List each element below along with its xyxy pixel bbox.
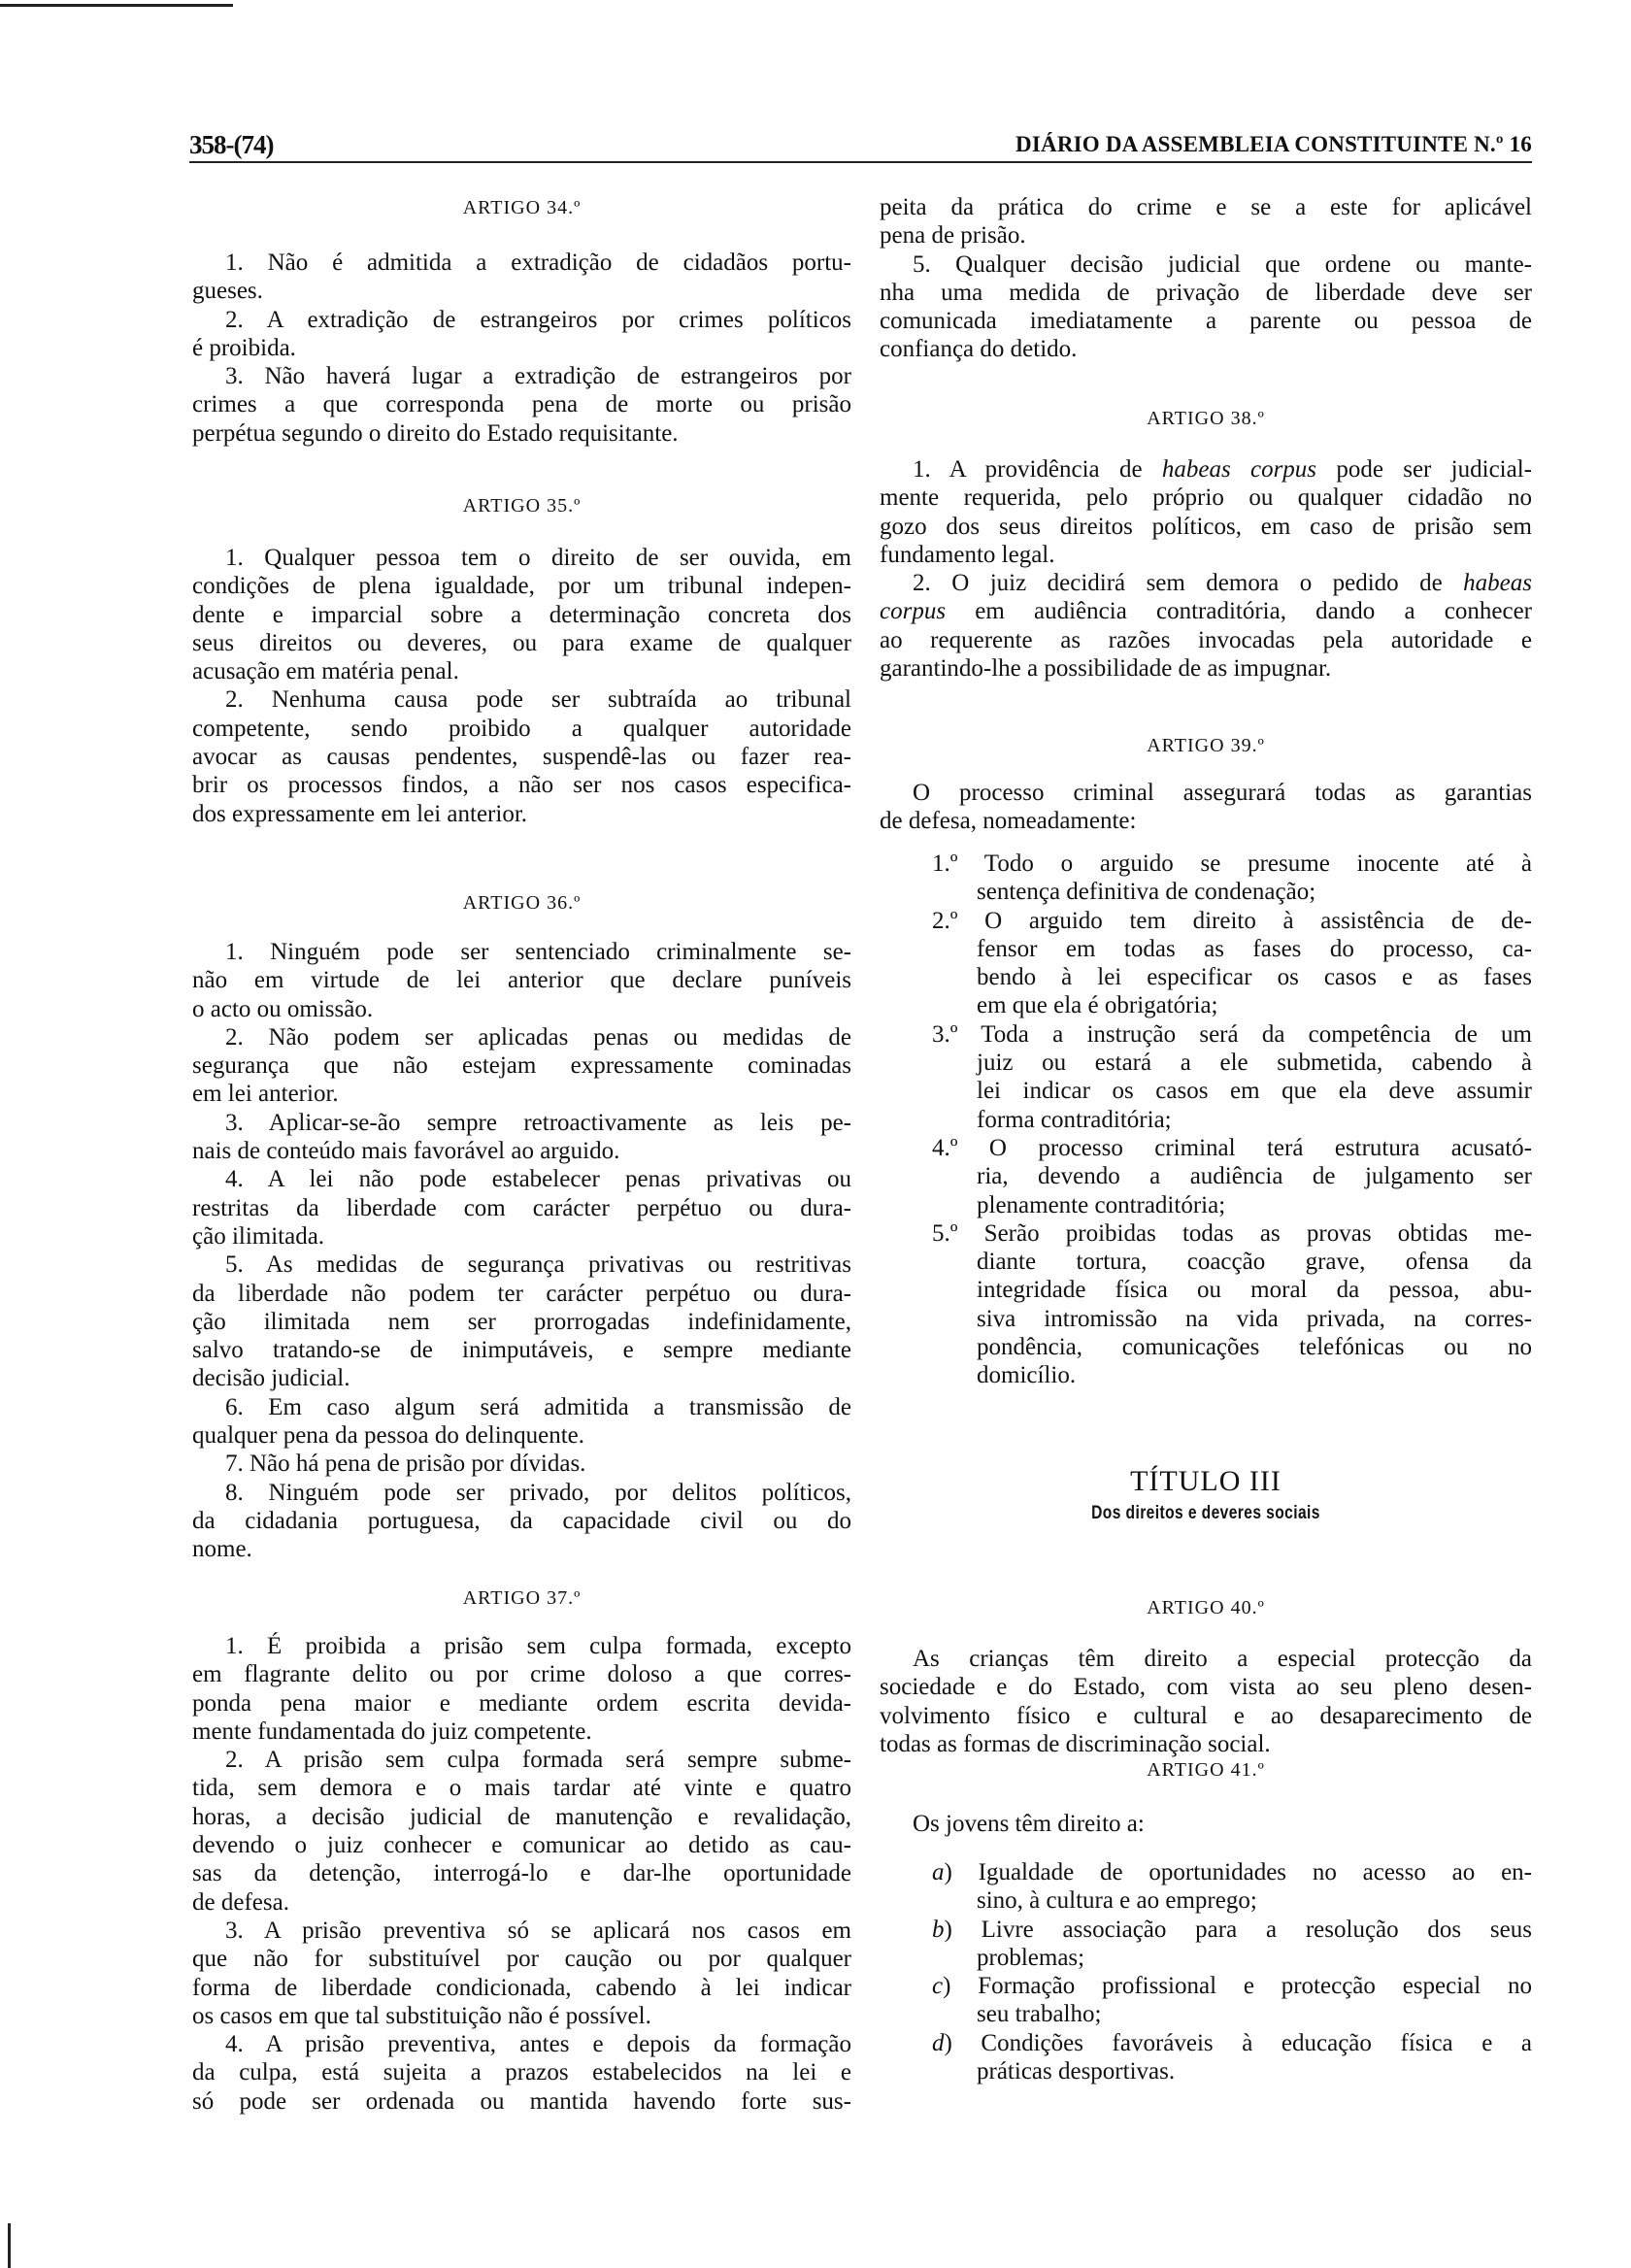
text-line: avocar as causas pendentes, suspendê-las… [192,743,851,771]
text-line: ção ilimitada. [192,1222,851,1251]
text-line: 1.º Todo o arguido se presume inocente a… [880,850,1532,878]
text-line: plenamente contraditória; [880,1191,1532,1219]
text-line: tida, sem demora e o mais tardar até vin… [192,1774,851,1802]
text-line: ria, devendo a audiência de julgamento s… [880,1162,1532,1190]
text-line: bendo à lei especificar os casos e as fa… [880,963,1532,991]
text-line: todas as formas de discriminação social. [880,1730,1532,1758]
text-line: brir os processos findos, a não ser nos … [192,771,851,799]
text-line: crimes a que corresponda pena de morte o… [192,390,851,418]
text-line: forma contraditória; [880,1106,1532,1134]
text-line: o acto ou omissão. [192,995,851,1023]
publication-title: DIÁRIO DA ASSEMBLEIA CONSTITUINTE N.º 16 [1015,132,1532,157]
article-34-body: 1. Não é admitida a extradição de cidadã… [192,249,851,448]
text-line: peita da prática do crime e se a este fo… [880,193,1532,221]
text-line: que não for substituível por caução ou p… [192,1945,851,1973]
text-line: a) Igualdade de oportunidades no acesso … [880,1858,1532,1886]
text-line: 1. Ninguém pode ser sentenciado criminal… [192,938,851,966]
text-line: 4.º O processo criminal terá estrutura a… [880,1134,1532,1162]
text-line: corpus em audiência contraditória, dando… [880,597,1532,625]
text-line: d) Condições favoráveis à educação físic… [880,2029,1532,2057]
text-line: em que ela é obrigatória; [880,991,1532,1019]
text-line: juiz ou estará a ele submetida, cabendo … [880,1049,1532,1077]
text-line: lei indicar os casos em que ela deve ass… [880,1077,1532,1105]
article-38-heading: ARTIGO 38.º [880,408,1532,430]
text-line: da culpa, está sujeita a prazos estabele… [192,2058,851,2086]
text-line: Os jovens têm direito a: [880,1810,1532,1838]
article-39-heading: ARTIGO 39.º [880,735,1532,757]
text-line: seu trabalho; [880,2000,1532,2028]
text-line: em flagrante delito ou por crime doloso … [192,1660,851,1688]
text-line: 2. Não podem ser aplicadas penas ou medi… [192,1023,851,1051]
text-line: domicílio. [880,1361,1532,1389]
text-line: 2. A prisão sem culpa formada será sempr… [192,1746,851,1774]
text-line: da liberdade não podem ter carácter perp… [192,1280,851,1308]
text-line: 1. Qualquer pessoa tem o direito de ser … [192,544,851,572]
article-35-heading: ARTIGO 35.º [192,495,851,517]
text-line: 2. A extradição de estrangeiros por crim… [192,306,851,334]
text-line: decisão judicial. [192,1364,851,1392]
text-line: acusação em matéria penal. [192,657,851,685]
article-39-intro: O processo criminal assegurará todas as … [880,779,1532,836]
text-line: 2. O juiz decidirá sem demora o pedido d… [880,569,1532,597]
text-line: dos expressamente em lei anterior. [192,800,851,828]
scan-edge-mark [8,2223,11,2268]
text-line: restritas da liberdade com carácter perp… [192,1194,851,1222]
text-line: ção ilimitada nem ser prorrogadas indefi… [192,1308,851,1336]
text-line: é proibida. [192,334,851,362]
article-37-continuation: peita da prática do crime e se a este fo… [880,193,1532,364]
text-line: c) Formação profissional e protecção esp… [880,1972,1532,2000]
text-line: nais de conteúdo mais favorável ao argui… [192,1137,851,1165]
text-line: 5. As medidas de segurança privativas ou… [192,1251,851,1279]
text-line: gozo dos seus direitos políticos, em cas… [880,513,1532,541]
text-line: mente fundamentada do juiz competente. [192,1718,851,1746]
text-line: segurança que não estejam expressamente … [192,1051,851,1080]
text-line: forma de liberdade condicionada, cabendo… [192,1974,851,2002]
article-36-heading: ARTIGO 36.º [192,892,851,915]
text-line: 1. É proibida a prisão sem culpa formada… [192,1632,851,1660]
text-line: ao requerente as razões invocadas pela a… [880,626,1532,654]
article-37-body: 1. É proibida a prisão sem culpa formada… [192,1632,851,2116]
page-number: 358-(74) [189,130,273,160]
text-line: 6. Em caso algum será admitida a transmi… [192,1393,851,1421]
text-line: horas, a decisão judicial de manutenção … [192,1803,851,1831]
article-41-intro: Os jovens têm direito a: [880,1810,1532,1838]
text-line: condições de plena igualdade, por um tri… [192,572,851,600]
text-line: 3.º Toda a instrução será da competência… [880,1020,1532,1049]
text-line: 4. A lei não pode estabelecer penas priv… [192,1165,851,1193]
text-line: 5. Qualquer decisão judicial que ordene … [880,250,1532,279]
text-line: da cidadania portuguesa, da capacidade c… [192,1507,851,1535]
article-34-heading: ARTIGO 34.º [192,197,851,219]
text-line: fundamento legal. [880,541,1532,569]
text-line: 3. A prisão preventiva só se aplicará no… [192,1917,851,1945]
text-line: confiança do detido. [880,335,1532,363]
text-line: mente requerida, pelo próprio ou qualque… [880,484,1532,512]
text-line: pondência, comunicações telefónicas ou n… [880,1333,1532,1361]
text-line: sas da detenção, interrogá-lo e dar-lhe … [192,1859,851,1887]
text-line: ponda pena maior e mediante ordem escrit… [192,1689,851,1718]
text-line: salvo tratando-se de inimputáveis, e sem… [192,1336,851,1364]
text-line: 8. Ninguém pode ser privado, por delitos… [192,1479,851,1507]
text-line: volvimento físico e cultural e ao desapa… [880,1702,1532,1730]
text-line: 2. Nenhuma causa pode ser subtraída ao t… [192,685,851,714]
text-line: de defesa. [192,1888,851,1917]
text-line: sino, à cultura e ao emprego; [880,1886,1532,1915]
text-line: só pode ser ordenada ou mantida havendo … [192,2087,851,2116]
text-line: integridade física ou moral da pessoa, a… [880,1276,1532,1304]
text-line: problemas; [880,1944,1532,1972]
title-section-heading: TÍTULO III [880,1465,1532,1498]
article-40-heading: ARTIGO 40.º [880,1597,1532,1619]
text-line: em lei anterior. [192,1080,851,1108]
text-line: sentença definitiva de condenação; [880,878,1532,906]
article-41-items: a) Igualdade de oportunidades no acesso … [880,1858,1532,2085]
text-line: competente, sendo proibido a qualquer au… [192,715,851,743]
text-line: os casos em que tal substituição não é p… [192,2002,851,2030]
text-line: 1. A providência de habeas corpus pode s… [880,455,1532,484]
text-line: 7. Não há pena de prisão por dívidas. [192,1450,851,1478]
text-line: b) Livre associação para a resolução dos… [880,1916,1532,1944]
text-line: siva intromissão na vida privada, na cor… [880,1305,1532,1333]
article-40-body: As crianças têm direito a especial prote… [880,1645,1532,1758]
text-line: 3. Não haverá lugar a extradição de estr… [192,362,851,390]
text-line: gueses. [192,277,851,305]
text-line: de defesa, nomeadamente: [880,807,1532,835]
article-38-body: 1. A providência de habeas corpus pode s… [880,455,1532,683]
article-36-body: 1. Ninguém pode ser sentenciado criminal… [192,938,851,1564]
text-line: práticas desportivas. [880,2057,1532,2085]
text-line: fensor em todas as fases do processo, ca… [880,935,1532,963]
text-line: nome. [192,1535,851,1563]
text-line: 2.º O arguido tem direito à assistência … [880,907,1532,935]
text-line: pena de prisão. [880,221,1532,250]
text-line: sociedade e do Estado, com vista ao seu … [880,1673,1532,1701]
text-line: não em virtude de lei anterior que decla… [192,966,851,994]
text-line: 5.º Serão proibidas todas as provas obti… [880,1219,1532,1248]
title-section-subheading: Dos direitos e deveres sociais [938,1503,1473,1524]
text-line: devendo o juiz conhecer e comunicar ao d… [192,1831,851,1859]
text-line: seus direitos ou deveres, ou para exame … [192,629,851,657]
text-line: As crianças têm direito a especial prote… [880,1645,1532,1673]
article-41-heading: ARTIGO 41.º [880,1759,1532,1782]
text-line: O processo criminal assegurará todas as … [880,779,1532,807]
text-line: 3. Aplicar-se-ão sempre retroactivamente… [192,1109,851,1137]
text-line: nha uma medida de privação de liberdade … [880,279,1532,307]
text-line: 4. A prisão preventiva, antes e depois d… [192,2030,851,2058]
text-line: comunicada imediatamente a parente ou pe… [880,307,1532,335]
text-line: qualquer pena da pessoa do delinquente. [192,1421,851,1450]
text-line: diante tortura, coacção grave, ofensa da [880,1248,1532,1276]
header-rule [189,161,1532,163]
article-37-heading: ARTIGO 37.º [192,1587,851,1610]
text-line: perpétua segundo o direito do Estado req… [192,419,851,448]
scan-edge-rule [0,4,233,7]
text-line: 1. Não é admitida a extradição de cidadã… [192,249,851,277]
article-35-body: 1. Qualquer pessoa tem o direito de ser … [192,544,851,828]
text-line: garantindo-lhe a possibilidade de as imp… [880,654,1532,683]
article-39-items: 1.º Todo o arguido se presume inocente a… [880,850,1532,1390]
text-line: dente e imparcial sobre a determinação c… [192,601,851,629]
